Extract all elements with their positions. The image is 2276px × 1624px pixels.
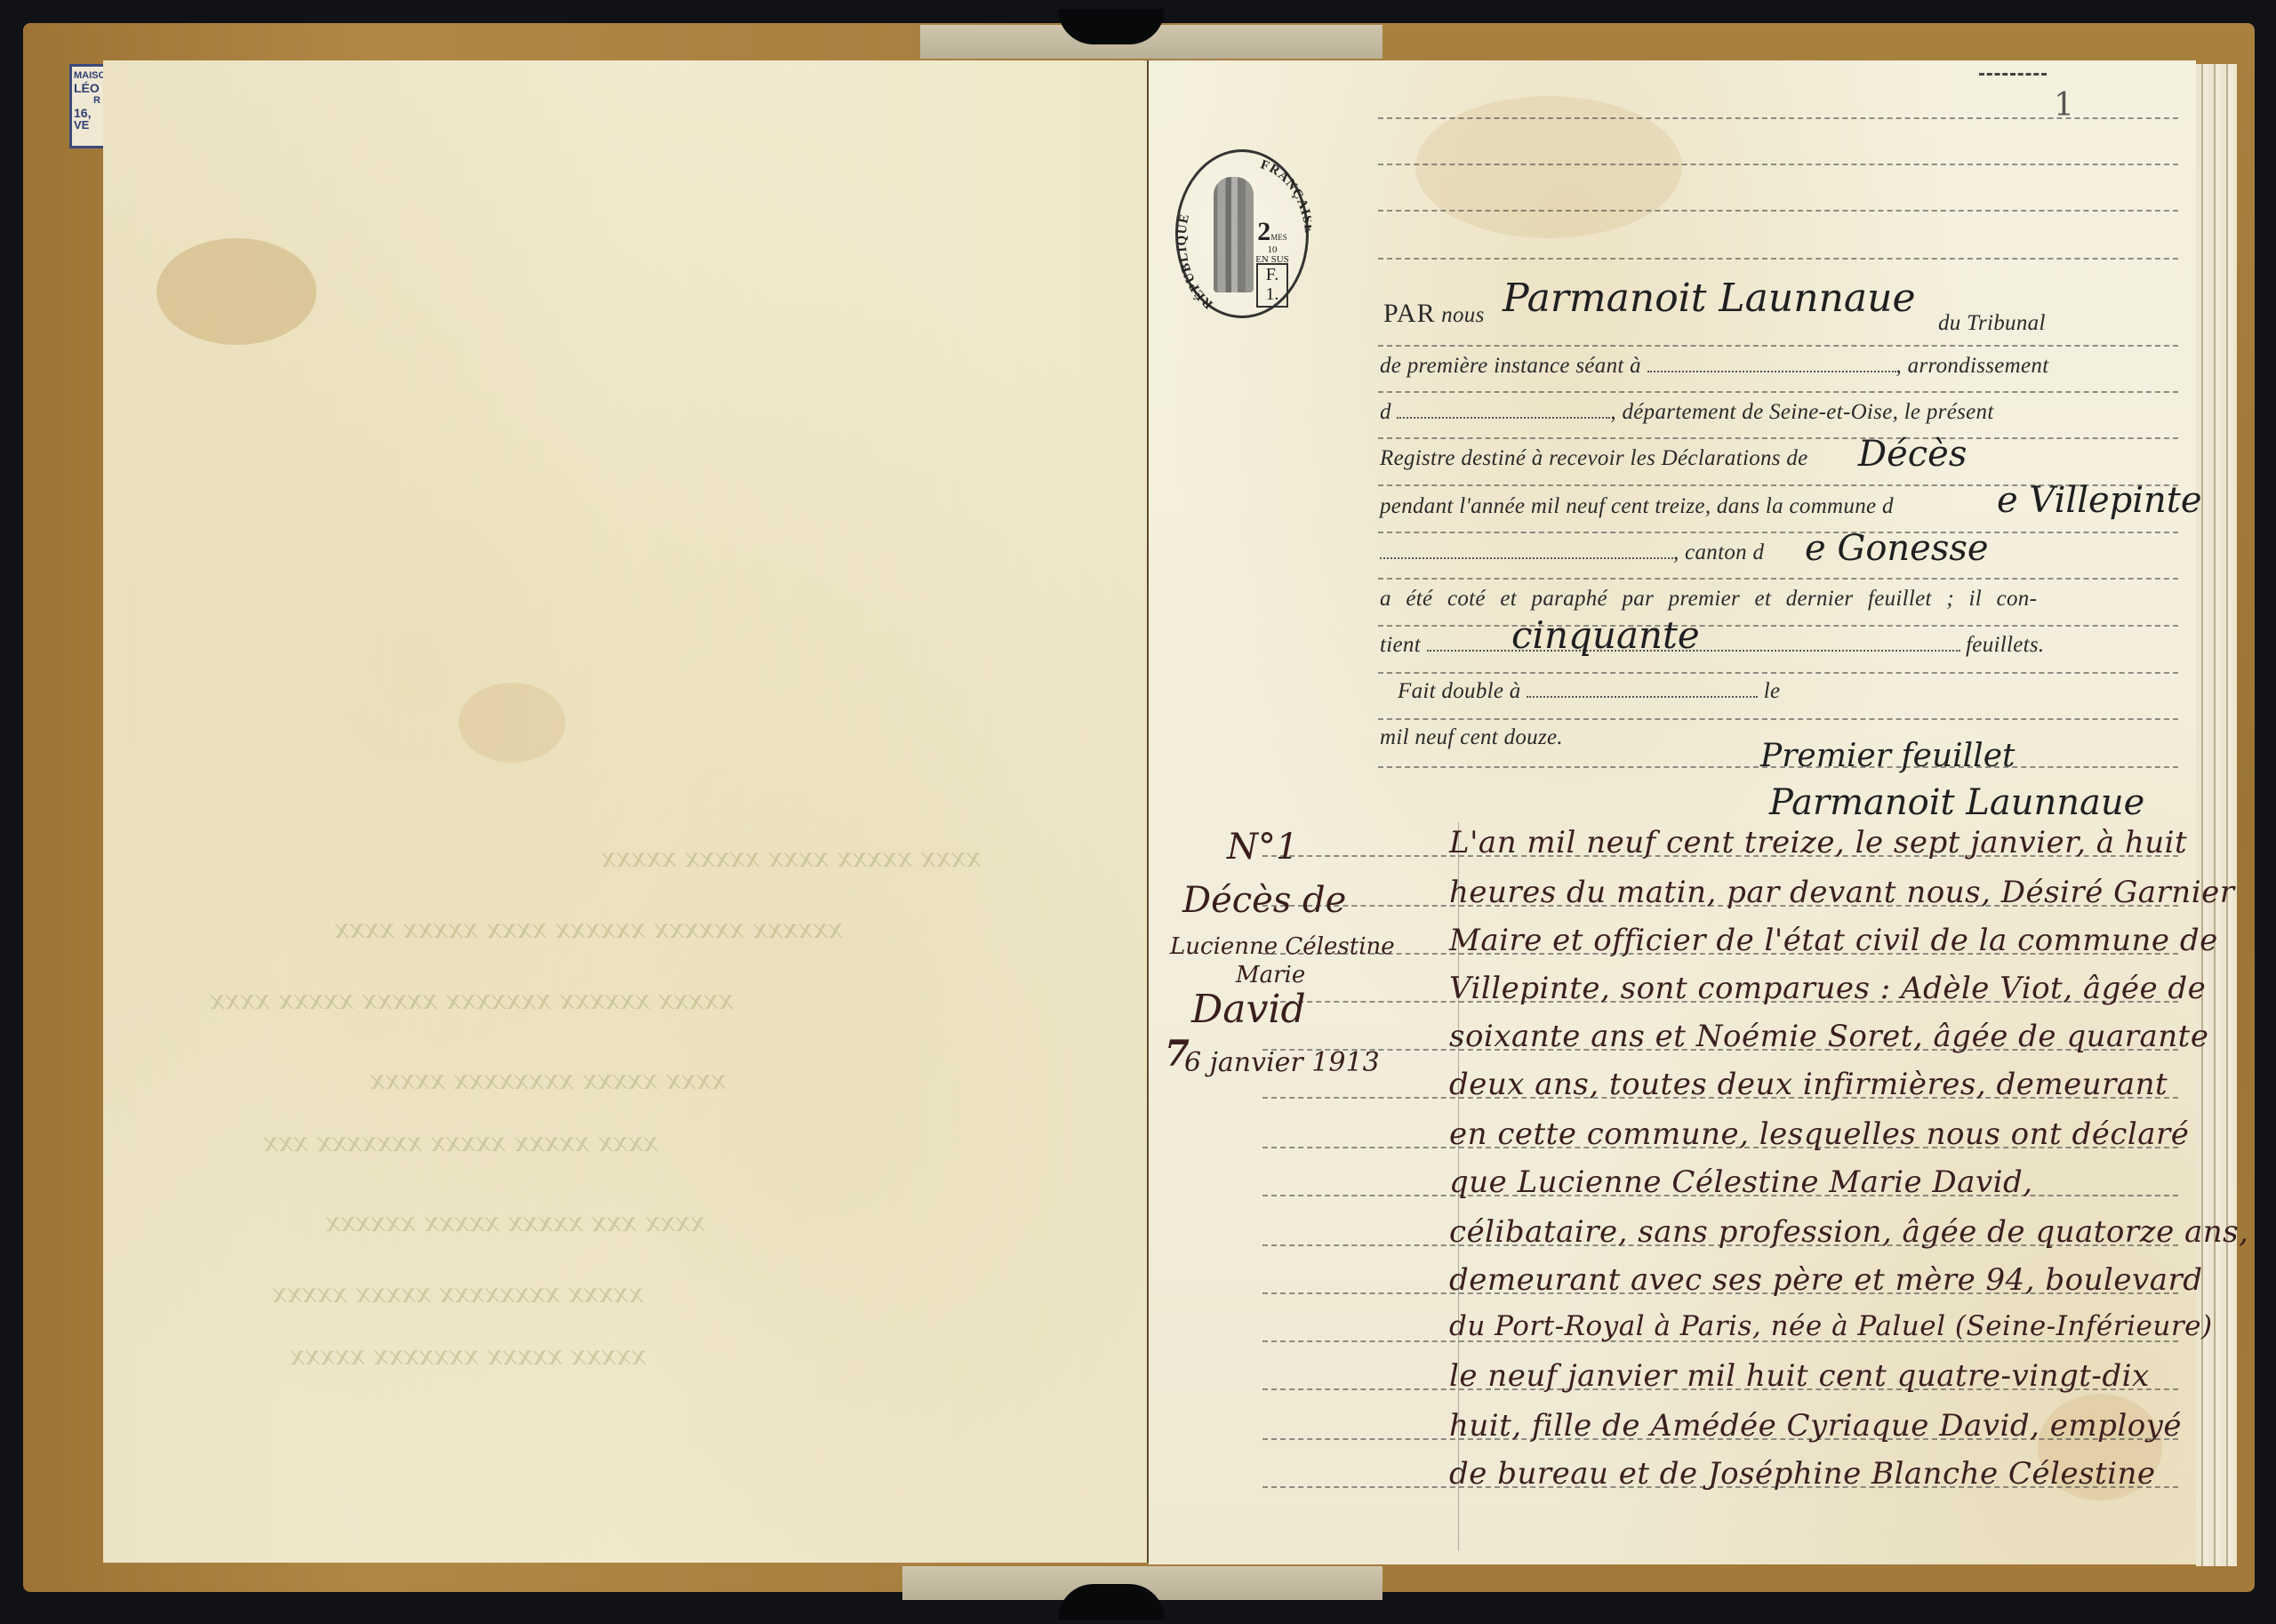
label-line: VE: [74, 119, 105, 132]
blank-field: [1527, 696, 1758, 698]
folio-number: 1: [2054, 87, 2074, 124]
entry-surname: David: [1191, 987, 1306, 1032]
leaf-count: cinquante: [1511, 613, 1700, 657]
act-line: deux ans, toutes deux infirmières, demeu…: [1449, 1067, 2168, 1102]
bleed-through-text: xxxx xxxxx xxxxxxxx xxxxx: [370, 1065, 726, 1096]
ruled-line: [1378, 578, 2178, 580]
act-line: célibataire, sans profession, âgée de qu…: [1449, 1214, 2248, 1250]
ruled-line: [1378, 437, 2178, 439]
header-line-2: de première instance séant à , arrondiss…: [1380, 354, 2048, 379]
act-line: L'an mil neuf cent treize, le sept janvi…: [1449, 825, 2187, 860]
ruled-line: [1378, 625, 2178, 627]
act-line: Villepinte, sont comparues : Adèle Viot,…: [1449, 971, 2206, 1006]
bleed-through-text: xxxx xxxxx xxxxx xxxxxxx xxx: [263, 1127, 658, 1158]
header-line-3-suffix: , département de Seine-et-Oise, le prése…: [1610, 400, 1993, 424]
spine-shadow-bottom: [1058, 1584, 1165, 1620]
header-canton: , canton d: [1673, 540, 1764, 564]
blank-field: [1380, 557, 1673, 559]
bleed-through-text: xxxxx xxxxxxxx xxxxx xxxxx: [272, 1278, 644, 1309]
label-line: MAISO: [74, 69, 105, 82]
entry-given-names: Lucienne Célestine: [1170, 933, 1395, 960]
bleed-through-text: xxxxx xxxxxx xxxxxxx xxxxx xxxxx xxxx: [210, 985, 733, 1016]
stamp-series-box: F. 1.: [1256, 263, 1288, 308]
header-line-5: pendant l'année mil neuf cent treize, da…: [1380, 494, 1894, 519]
header-par: PAR: [1383, 299, 1436, 328]
header-line-3-prefix: d: [1380, 400, 1391, 424]
act-line: heures du matin, par devant nous, Désiré…: [1449, 875, 2234, 910]
blank-field: [1397, 417, 1610, 419]
act-line: demeurant avec ses père et mère 94, boul…: [1449, 1262, 2203, 1298]
act-line: de bureau et de Joséphine Blanche Célest…: [1449, 1456, 2156, 1492]
stamp-value: 2MES 10 EN SUS: [1254, 219, 1291, 265]
header-le: le: [1764, 679, 1781, 703]
canton-name: e Gonesse: [1805, 528, 1989, 569]
label-line: 16,: [74, 107, 105, 119]
label-line: LÉO: [74, 82, 105, 94]
premier-feuillet-note: Premier feuillet: [1760, 738, 2015, 774]
marianne-figure-icon: [1214, 177, 1254, 292]
bleed-through-text: xxxx xxxxx xxxx xxxxx xxxxx: [601, 843, 981, 874]
stamp-box-bottom: 1.: [1258, 284, 1286, 304]
act-line: en cette commune, lesquelles nous ont dé…: [1449, 1116, 2189, 1152]
entry-date: 6 janvier 1913: [1184, 1047, 1380, 1078]
header-line-1: PAR nous: [1383, 299, 1485, 329]
ruled-line: [1378, 391, 2178, 393]
ruled-line: [1378, 672, 2178, 674]
bleed-through-text: xxxxx xxxxx xxxxxxx xxxxx: [290, 1340, 646, 1372]
ruled-line: [1378, 258, 2178, 260]
entry-given-name-2: Marie: [1236, 962, 1305, 988]
header-line-8: tient feuillets.: [1380, 633, 2044, 658]
header-line-3: d , département de Seine-et-Oise, le pré…: [1380, 400, 1994, 425]
declaration-type: Décès: [1858, 434, 1967, 475]
bleed-through-text: xxxx xxx xxxxx xxxxx xxxxxx: [325, 1207, 705, 1238]
header-fait-double: Fait double à: [1398, 679, 1521, 703]
header-dash-mark: [1979, 73, 2047, 76]
ruled-line: [1378, 210, 2178, 212]
entry-number: N°1: [1227, 827, 1298, 868]
fiscal-stamp-republique-francaise: RÉPUBLIQUE FRANÇAISE 2MES 10 EN SUS F. 1…: [1175, 149, 1309, 318]
paper-stain: [156, 238, 317, 345]
ruled-line: [1378, 718, 2178, 720]
entry-title: Décès de: [1182, 880, 1346, 921]
act-line: du Port-Royal à Paris, née à Paluel (Sei…: [1449, 1310, 2213, 1342]
header-line-2-text: de première instance séant à: [1380, 354, 1641, 378]
bleed-through-text: xxxxxx xxxxxx xxxxxx xxxx xxxxx xxxx: [334, 914, 843, 945]
act-line: soixante ans et Noémie Soret, âgée de qu…: [1449, 1019, 2208, 1054]
header-line-6: , canton d: [1380, 540, 1764, 565]
header-line-10: mil neuf cent douze.: [1380, 725, 1563, 750]
stamp-box-top: F.: [1258, 265, 1286, 284]
left-page: xxxx xxxxx xxxx xxxxx xxxxx xxxxxx xxxxx…: [103, 60, 1149, 1563]
header-nous: nous: [1441, 303, 1484, 327]
header-tribunal: du Tribunal: [1938, 311, 2046, 336]
stamp-value-main: 2: [1257, 217, 1270, 246]
header-line-2-suffix: , arrondissement: [1896, 354, 2049, 378]
header-line-9: Fait double à le: [1398, 679, 1780, 704]
blank-field: [1647, 371, 1896, 372]
ruled-line: [1378, 345, 2178, 347]
act-line: Maire et officier de l'état civil de la …: [1449, 923, 2218, 958]
header-line-7: a été coté et paraphé par premier et der…: [1380, 587, 2037, 612]
label-line: R: [74, 94, 105, 107]
header-feuillets: feuillets.: [1966, 633, 2044, 657]
commune-name: e Villepinte: [1997, 480, 2202, 521]
act-line: huit, fille de Amédée Cyriaque David, em…: [1449, 1408, 2182, 1444]
header-line-4: Registre destiné à recevoir les Déclarat…: [1380, 446, 1808, 471]
act-line: le neuf janvier mil huit cent quatre-vin…: [1449, 1358, 2150, 1394]
magistrate-signature-2: Parmanoit Launnaue: [1769, 782, 2144, 823]
act-line: que Lucienne Célestine Marie David,: [1449, 1164, 2033, 1200]
paper-stain: [459, 683, 565, 763]
stamp-value-sup: MES: [1270, 233, 1287, 242]
magistrate-signature: Parmanoit Launnaue: [1503, 276, 1916, 321]
header-tient: tient: [1380, 633, 1421, 657]
svg-text:RÉPUBLIQUE: RÉPUBLIQUE: [1178, 212, 1216, 311]
ruled-line: [1378, 532, 2178, 533]
ruled-line: [1378, 164, 2178, 165]
